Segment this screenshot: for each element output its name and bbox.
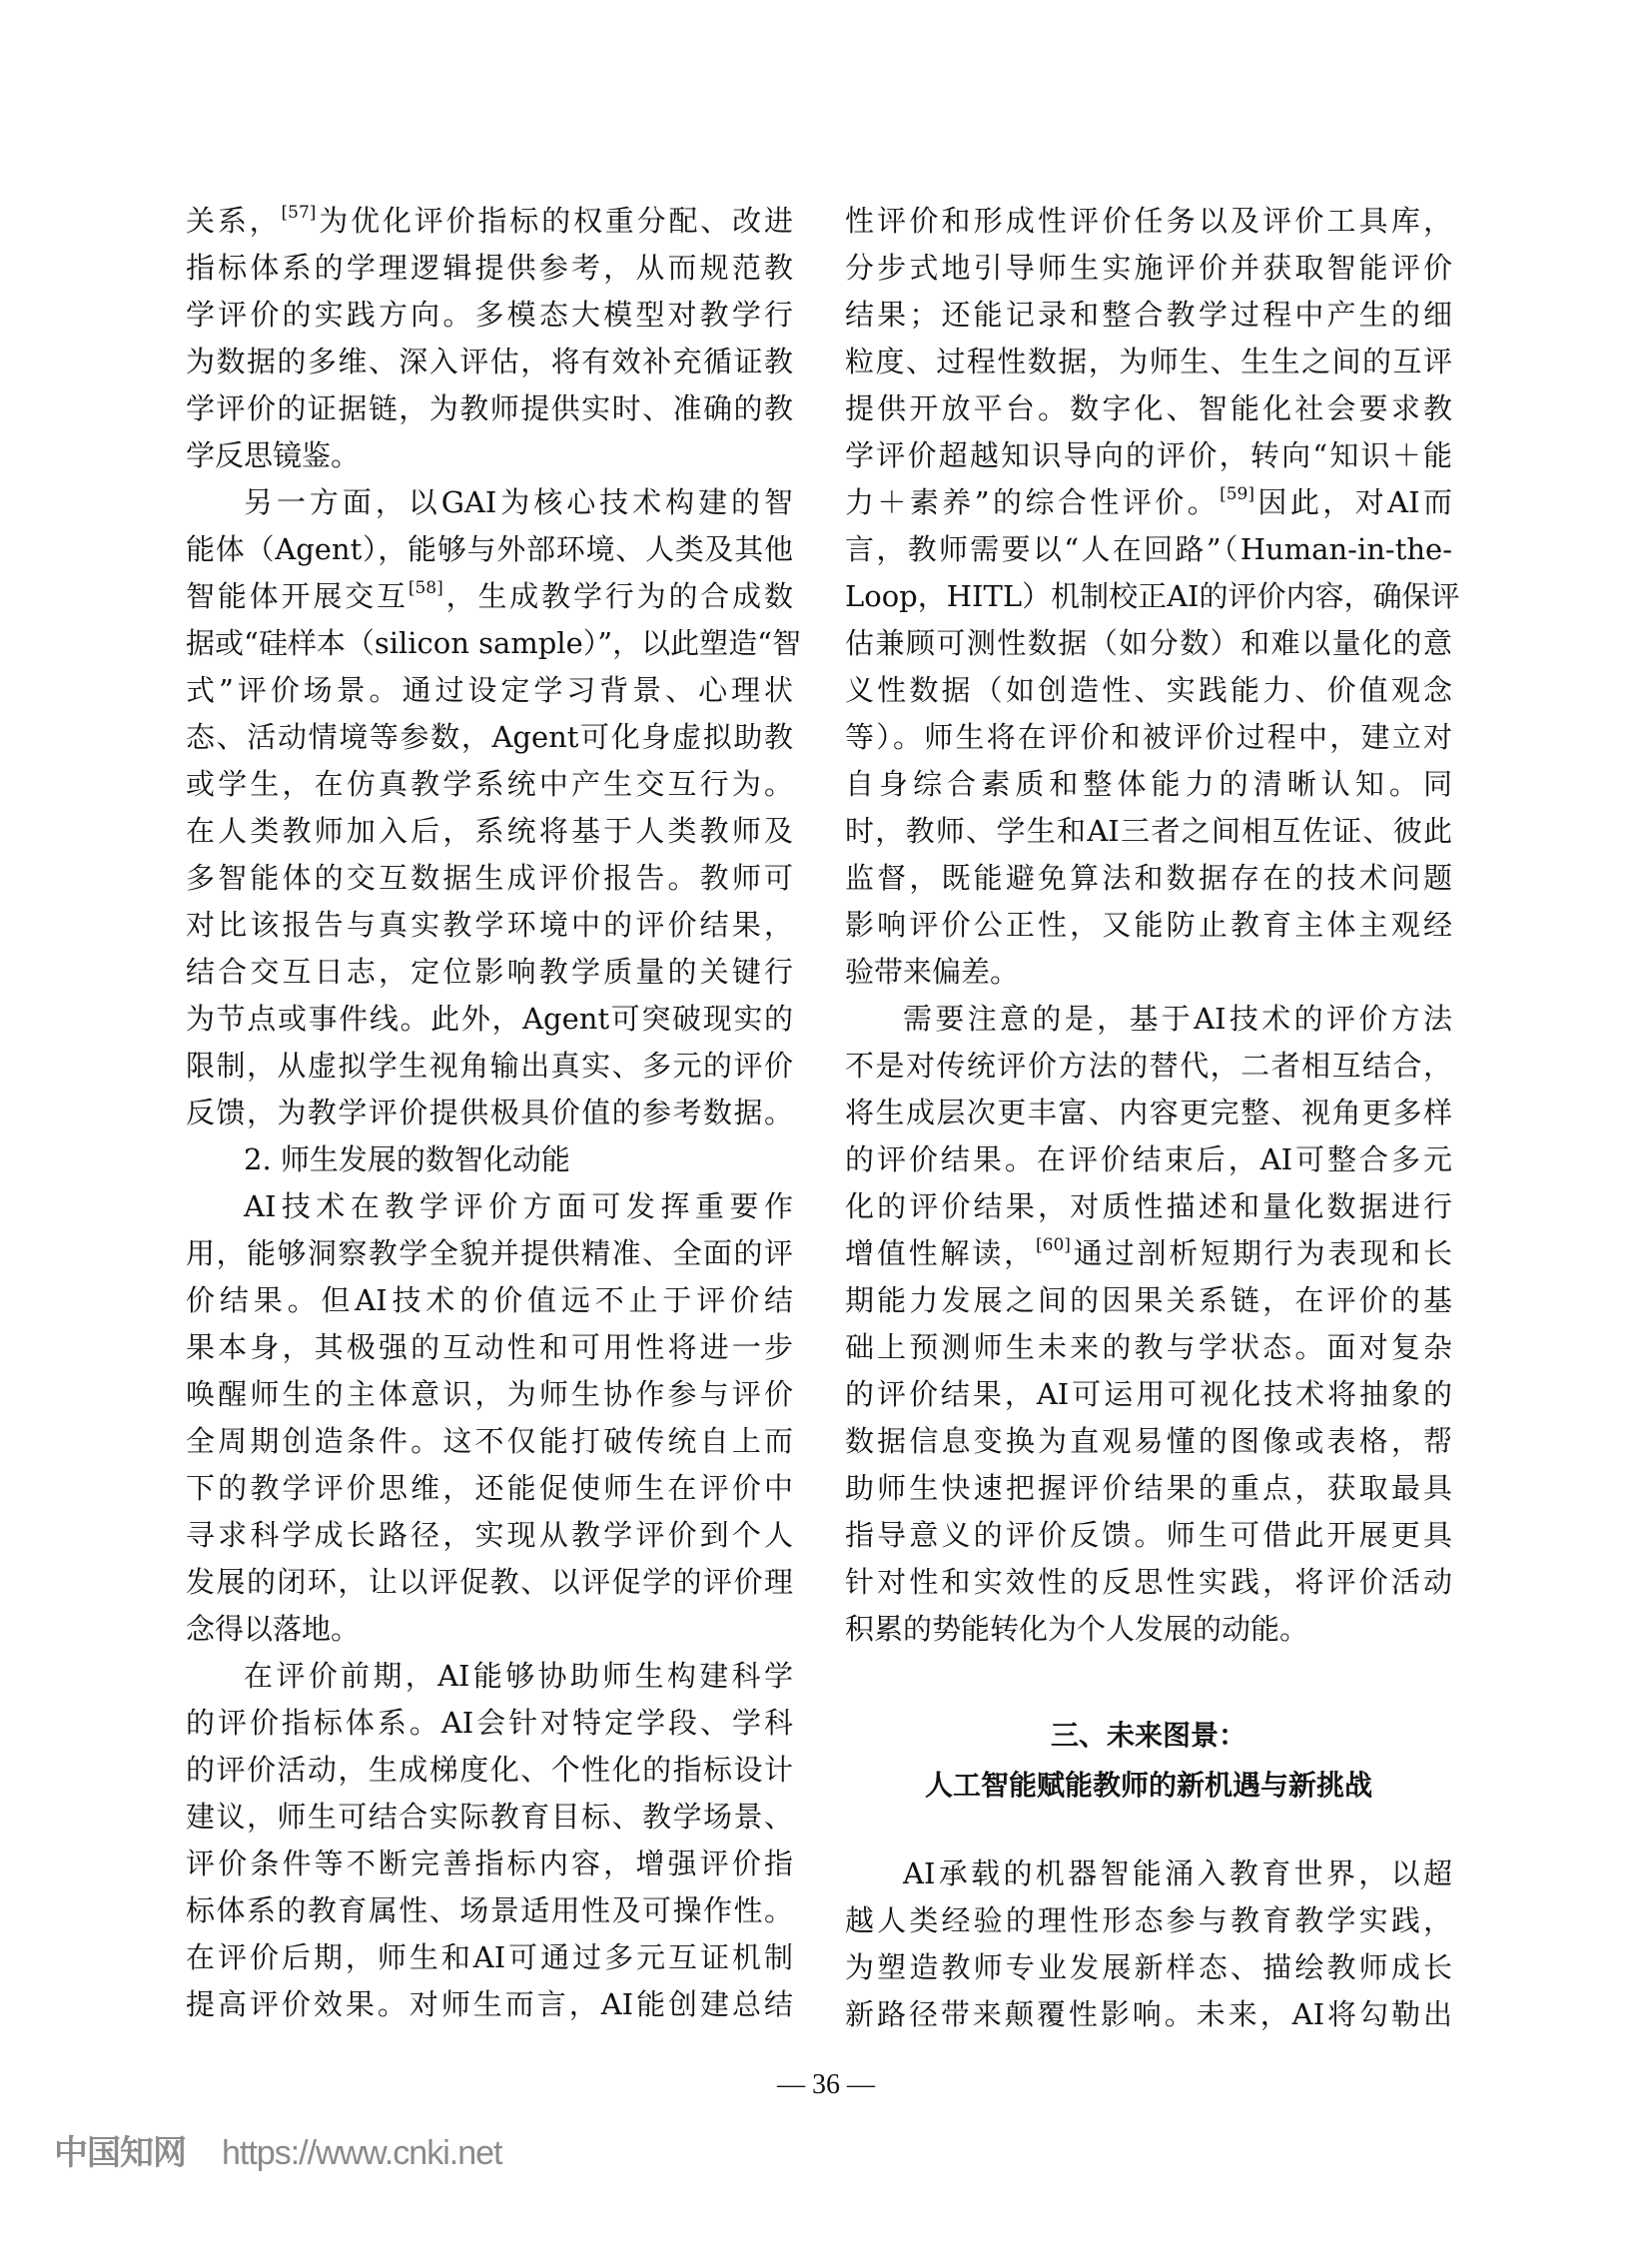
line-text: 标体系的教育属性、场景适用性及可操作性。 (186, 1893, 793, 1927)
line-text: 指标体系的学理逻辑提供参考，从而规范教 (186, 251, 793, 285)
line-text: ，生成教学行为的合成数 (443, 579, 793, 613)
text-line: 在评价前期，AI能够协助师生构建科学 (186, 1653, 793, 1700)
text-line: 分步式地引导师生实施评价并获取智能评价 (845, 245, 1452, 292)
text-line: 自身综合素质和整体能力的清晰认知。同 (845, 761, 1452, 808)
text-line: 在人类教师加入后，系统将基于人类教师及 (186, 808, 793, 855)
line-text: 学评价超越知识导向的评价，转向“知识＋能 (845, 438, 1452, 472)
text-line: 发展的闭环，让以评促教、以评促学的评价理 (186, 1559, 793, 1606)
text-line: 2. 师生发展的数智化动能 (186, 1136, 793, 1183)
text-line: 结果；还能记录和整合教学过程中产生的细 (845, 292, 1452, 339)
text-line: 反馈，为教学评价提供极具价值的参考数据。 (186, 1090, 793, 1136)
line-text: 的评价活动，生成梯度化、个性化的指标设计 (186, 1753, 793, 1787)
text-line: 力＋素养”的综合性评价。[59]因此，对AI而 (845, 479, 1452, 526)
text-line: 指标体系的学理逻辑提供参考，从而规范教 (186, 245, 793, 292)
line-text: 时，教师、学生和AI三者之间相互佐证、彼此 (845, 814, 1452, 848)
line-text: 等）。师生将在评价和被评价过程中，建立对 (845, 720, 1452, 754)
line-text: 积累的势能转化为个人发展的动能。 (845, 1612, 1308, 1646)
line-text: 下的教学评价思维，还能促使师生在评价中 (186, 1471, 793, 1505)
text-line: 多智能体的交互数据生成评价报告。教师可 (186, 855, 793, 902)
text-line: 智能体开展交互[58]，生成教学行为的合成数 (186, 573, 793, 620)
line-text: 结合交互日志，定位影响教学质量的关键行 (186, 955, 793, 989)
line-text: 评价条件等不断完善指标内容，增强评价指 (186, 1847, 793, 1880)
line-text: 指导意义的评价反馈。师生可借此开展更具 (845, 1518, 1452, 1552)
line-text: 监督，既能避免算法和数据存在的技术问题 (845, 861, 1452, 895)
section-heading-line1: 三、未来图景： (845, 1711, 1452, 1761)
text-line: 果本身，其极强的互动性和可用性将进一步 (186, 1324, 793, 1371)
text-line: 学反思镜鉴。 (186, 432, 793, 479)
line-text: 能体（Agent），能够与外部环境、人类及其他 (186, 532, 793, 566)
line-text: 力＋素养”的综合性评价。 (845, 485, 1220, 519)
line-text: 提供开放平台。数字化、智能化社会要求教 (845, 391, 1452, 425)
line-text: 学反思镜鉴。 (186, 438, 360, 472)
text-line: 助师生快速把握评价结果的重点，获取最具 (845, 1465, 1452, 1512)
left-column: 关系，[57]为优化评价指标的权重分配、改进指标体系的学理逻辑提供参考，从而规范… (186, 198, 793, 2028)
text-line: 全周期创造条件。这不仅能打破传统自上而 (186, 1418, 793, 1465)
line-text: 关系， (186, 204, 282, 238)
line-text: 将生成层次更丰富、内容更完整、视角更多样 (845, 1096, 1452, 1129)
line-text: 在评价前期，AI能够协助师生构建科学 (244, 1659, 793, 1693)
text-line: 的评价结果。在评价结束后，AI可整合多元 (845, 1136, 1452, 1183)
text-line: 监督，既能避免算法和数据存在的技术问题 (845, 855, 1452, 902)
text-line: 验带来偏差。 (845, 949, 1452, 996)
line-text: 期能力发展之间的因果关系链，在评价的基 (845, 1283, 1452, 1317)
text-line: 用，能够洞察教学全貌并提供精准、全面的评 (186, 1230, 793, 1277)
line-text: 的评价结果。在评价结束后，AI可整合多元 (845, 1142, 1452, 1176)
page-number: — 36 — (0, 2069, 1652, 2101)
text-line: 对比该报告与真实教学环境中的评价结果， (186, 902, 793, 949)
text-line: 能体（Agent），能够与外部环境、人类及其他 (186, 526, 793, 573)
text-line: 在评价后期，师生和AI可通过多元互证机制 (186, 1934, 793, 1981)
text-line: 据或“硅样本（silicon sample）”，以此塑造“智 (186, 620, 793, 667)
line-text: 限制，从虚拟学生视角输出真实、多元的评价 (186, 1049, 793, 1083)
right-column: 性评价和形成性评价任务以及评价工具库，分步式地引导师生实施评价并获取智能评价结果… (845, 198, 1452, 2038)
text-line: 积累的势能转化为个人发展的动能。 (845, 1606, 1452, 1653)
line-text: 价结果。但AI技术的价值远不止于评价结 (186, 1283, 793, 1317)
text-line: Loop，HITL）机制校正AI的评价内容，确保评 (845, 573, 1452, 620)
line-text: 态、活动情境等参数，Agent可化身虚拟助教 (186, 720, 793, 754)
text-line: 为塑造教师专业发展新样态、描绘教师成长 (845, 1944, 1452, 1991)
text-line: 增值性解读，[60]通过剖析短期行为表现和长 (845, 1230, 1452, 1277)
text-line: 数据信息变换为直观易懂的图像或表格，帮 (845, 1418, 1452, 1465)
line-text: 化的评价结果，对质性描述和量化数据进行 (845, 1189, 1452, 1223)
line-text: 学评价的实践方向。多模态大模型对教学行 (186, 298, 793, 332)
text-line: 的评价结果，AI可运用可视化技术将抽象的 (845, 1371, 1452, 1418)
line-text: 助师生快速把握评价结果的重点，获取最具 (845, 1471, 1452, 1505)
text-line: 为节点或事件线。此外，Agent可突破现实的 (186, 996, 793, 1043)
text-line: 学评价的证据链，为教师提供实时、准确的教 (186, 385, 793, 432)
line-text: 在人类教师加入后，系统将基于人类教师及 (186, 814, 793, 848)
line-text: 分步式地引导师生实施评价并获取智能评价 (845, 251, 1452, 285)
citation-ref[interactable]: [57] (282, 203, 317, 223)
line-text: AI承载的机器智能涌入教育世界，以超 (903, 1857, 1452, 1890)
text-line: 限制，从虚拟学生视角输出真实、多元的评价 (186, 1043, 793, 1090)
line-text: 寻求科学成长路径，实现从教学评价到个人 (186, 1518, 793, 1552)
line-text: 多智能体的交互数据生成评价报告。教师可 (186, 861, 793, 895)
line-text: 因此，对AI而 (1254, 485, 1452, 519)
line-text: 粒度、过程性数据，为师生、生生之间的互评 (845, 345, 1452, 378)
line-text: 义性数据（如创造性、实践能力、价值观念 (845, 673, 1452, 707)
text-line: 态、活动情境等参数，Agent可化身虚拟助教 (186, 714, 793, 761)
text-line: 化的评价结果，对质性描述和量化数据进行 (845, 1183, 1452, 1230)
text-line: 期能力发展之间的因果关系链，在评价的基 (845, 1277, 1452, 1324)
line-text: 针对性和实效性的反思性实践，将评价活动 (845, 1565, 1452, 1599)
line-text: 需要注意的是，基于AI技术的评价方法 (903, 1002, 1452, 1036)
line-text: Loop，HITL）机制校正AI的评价内容，确保评 (845, 579, 1460, 613)
line-text: 另一方面，以GAI为核心技术构建的智 (244, 485, 793, 519)
line-text: 全周期创造条件。这不仅能打破传统自上而 (186, 1424, 793, 1458)
line-text: 自身综合素质和整体能力的清晰认知。同 (845, 767, 1452, 801)
line-text: 估兼顾可测性数据（如分数）和难以量化的意 (845, 626, 1452, 660)
text-line: 唤醒师生的主体意识，为师生协作参与评价 (186, 1371, 793, 1418)
line-text: 通过剖析短期行为表现和长 (1071, 1236, 1452, 1270)
text-line: 评价条件等不断完善指标内容，增强评价指 (186, 1841, 793, 1887)
line-text: AI技术在教学评价方面可发挥重要作 (244, 1189, 793, 1223)
text-line: 将生成层次更丰富、内容更完整、视角更多样 (845, 1090, 1452, 1136)
right-column-body-bottom: AI承载的机器智能涌入教育世界，以超越人类经验的理性形态参与教育教学实践，为塑造… (845, 1851, 1452, 2038)
citation-ref[interactable]: [59] (1220, 484, 1254, 504)
spacer (845, 1653, 1452, 1711)
text-line: 的评价指标体系。AI会针对特定学段、学科 (186, 1700, 793, 1747)
text-line: AI技术在教学评价方面可发挥重要作 (186, 1183, 793, 1230)
text-line: 估兼顾可测性数据（如分数）和难以量化的意 (845, 620, 1452, 667)
line-text: 用，能够洞察教学全貌并提供精准、全面的评 (186, 1236, 793, 1270)
text-line: 提高评价效果。对师生而言，AI能创建总结 (186, 1981, 793, 2028)
text-line: 粒度、过程性数据，为师生、生生之间的互评 (845, 339, 1452, 385)
text-line: 指导意义的评价反馈。师生可借此开展更具 (845, 1512, 1452, 1559)
line-text: 对比该报告与真实教学环境中的评价结果， (186, 908, 793, 942)
line-text: 为数据的多维、深入评估，将有效补充循证教 (186, 345, 793, 378)
text-line: 等）。师生将在评价和被评价过程中，建立对 (845, 714, 1452, 761)
line-text: 或学生，在仿真教学系统中产生交互行为。 (186, 767, 793, 801)
text-line: 础上预测师生未来的教与学状态。面对复杂 (845, 1324, 1452, 1371)
line-text: 发展的闭环，让以评促教、以评促学的评价理 (186, 1565, 793, 1599)
text-line: AI承载的机器智能涌入教育世界，以超 (845, 1851, 1452, 1897)
text-line: 另一方面，以GAI为核心技术构建的智 (186, 479, 793, 526)
line-text: 数据信息变换为直观易懂的图像或表格，帮 (845, 1424, 1452, 1458)
line-text: 的评价指标体系。AI会针对特定学段、学科 (186, 1706, 793, 1740)
text-line: 关系，[57]为优化评价指标的权重分配、改进 (186, 198, 793, 245)
line-text: 验带来偏差。 (845, 955, 1019, 989)
text-line: 越人类经验的理性形态参与教育教学实践， (845, 1897, 1452, 1944)
text-line: 言，教师需要以“人在回路”（Human-in-the- (845, 526, 1452, 573)
text-line: 时，教师、学生和AI三者之间相互佐证、彼此 (845, 808, 1452, 855)
line-text: 的评价结果，AI可运用可视化技术将抽象的 (845, 1377, 1452, 1411)
text-line: 下的教学评价思维，还能促使师生在评价中 (186, 1465, 793, 1512)
line-text: 结果；还能记录和整合教学过程中产生的细 (845, 298, 1452, 332)
line-text: 唤醒师生的主体意识，为师生协作参与评价 (186, 1377, 793, 1411)
text-line: 念得以落地。 (186, 1606, 793, 1653)
text-line: 学评价超越知识导向的评价，转向“知识＋能 (845, 432, 1452, 479)
text-line: 价结果。但AI技术的价值远不止于评价结 (186, 1277, 793, 1324)
line-text: 为节点或事件线。此外，Agent可突破现实的 (186, 1002, 793, 1036)
text-line: 寻求科学成长路径，实现从教学评价到个人 (186, 1512, 793, 1559)
text-line: 义性数据（如创造性、实践能力、价值观念 (845, 667, 1452, 714)
line-text: 学评价的证据链，为教师提供实时、准确的教 (186, 391, 793, 425)
right-column-body-top: 性评价和形成性评价任务以及评价工具库，分步式地引导师生实施评价并获取智能评价结果… (845, 198, 1452, 1653)
line-text: 为优化评价指标的权重分配、改进 (316, 204, 793, 238)
text-line: 不是对传统评价方法的替代，二者相互结合， (845, 1043, 1452, 1090)
line-text: 提高评价效果。对师生而言，AI能创建总结 (186, 1987, 793, 2021)
text-line: 的评价活动，生成梯度化、个性化的指标设计 (186, 1747, 793, 1794)
line-text: 2. 师生发展的数智化动能 (244, 1142, 570, 1176)
line-text: 果本身，其极强的互动性和可用性将进一步 (186, 1330, 793, 1364)
text-line: 提供开放平台。数字化、智能化社会要求教 (845, 385, 1452, 432)
text-line: 影响评价公正性，又能防止教育主体主观经 (845, 902, 1452, 949)
line-text: 影响评价公正性，又能防止教育主体主观经 (845, 908, 1452, 942)
section-heading-line2: 人工智能赋能教师的新机遇与新挑战 (845, 1761, 1452, 1811)
text-line: 式”评价场景。通过设定学习背景、心理状 (186, 667, 793, 714)
text-line: 性评价和形成性评价任务以及评价工具库， (845, 198, 1452, 245)
text-line: 或学生，在仿真教学系统中产生交互行为。 (186, 761, 793, 808)
line-text: 念得以落地。 (186, 1612, 360, 1646)
text-line: 建议，师生可结合实际教育目标、教学场景、 (186, 1794, 793, 1841)
watermark-url[interactable]: https://www.cnki.net (222, 2134, 501, 2172)
watermark-brand: 中国知网 (54, 2134, 186, 2172)
line-text: 智能体开展交互 (186, 579, 409, 613)
line-text: 越人类经验的理性形态参与教育教学实践， (845, 1903, 1452, 1937)
line-text: 础上预测师生未来的教与学状态。面对复杂 (845, 1330, 1452, 1364)
line-text: 式”评价场景。通过设定学习背景、心理状 (186, 673, 793, 707)
line-text: 据或“硅样本（silicon sample）”，以此塑造“智 (186, 626, 801, 660)
spacer (845, 1811, 1452, 1851)
text-line: 针对性和实效性的反思性实践，将评价活动 (845, 1559, 1452, 1606)
text-line: 为数据的多维、深入评估，将有效补充循证教 (186, 339, 793, 385)
line-text: 反馈，为教学评价提供极具价值的参考数据。 (186, 1096, 793, 1129)
line-text: 言，教师需要以“人在回路”（Human-in-the- (845, 532, 1452, 566)
citation-ref[interactable]: [58] (409, 578, 443, 598)
text-line: 标体系的教育属性、场景适用性及可操作性。 (186, 1887, 793, 1934)
line-text: 新路径带来颠覆性影响。未来，AI将勾勒出 (845, 1997, 1452, 2031)
text-line: 结合交互日志，定位影响教学质量的关键行 (186, 949, 793, 996)
watermark: 中国知网https://www.cnki.net (54, 2125, 501, 2174)
citation-ref[interactable]: [60] (1036, 1235, 1071, 1255)
line-text: 增值性解读， (845, 1236, 1036, 1270)
line-text: 为塑造教师专业发展新样态、描绘教师成长 (845, 1950, 1452, 1984)
text-line: 学评价的实践方向。多模态大模型对教学行 (186, 292, 793, 339)
line-text: 在评价后期，师生和AI可通过多元互证机制 (186, 1940, 793, 1974)
text-line: 新路径带来颠覆性影响。未来，AI将勾勒出 (845, 1991, 1452, 2038)
line-text: 性评价和形成性评价任务以及评价工具库， (845, 204, 1452, 238)
line-text: 不是对传统评价方法的替代，二者相互结合， (845, 1049, 1452, 1083)
line-text: 建议，师生可结合实际教育目标、教学场景、 (186, 1800, 793, 1834)
text-line: 需要注意的是，基于AI技术的评价方法 (845, 996, 1452, 1043)
